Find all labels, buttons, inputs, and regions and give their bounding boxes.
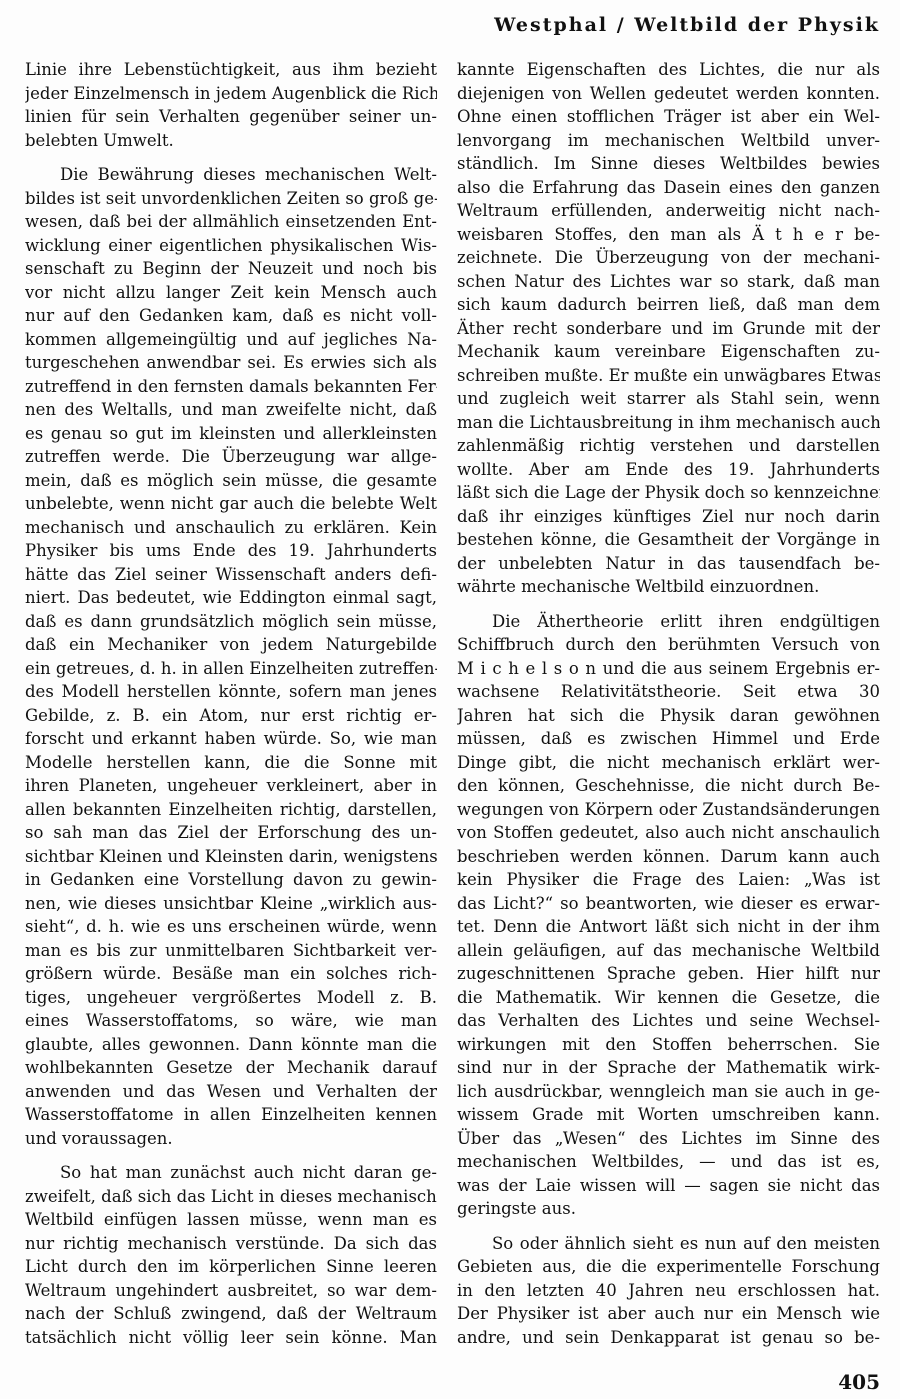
text-line: beschrieben werden können. Darum kann au… (457, 845, 880, 869)
text-line: von Stoffen gedeutet, also auch nicht an… (457, 821, 880, 845)
paragraph-gap (25, 1150, 437, 1161)
text-line: mechanisch und anschaulich zu erklären. … (25, 516, 437, 540)
text-line: das Licht?“ so beantworten, wie dieser e… (457, 892, 880, 916)
text-line: Jahren hat sich die Physik daran gewöhne… (457, 704, 880, 728)
text-line: mein, daß es möglich sein müsse, die ges… (25, 469, 437, 493)
text-line: linien für sein Verhalten gegenüber sein… (25, 105, 437, 129)
text-line: lenvorgang im mechanischen Weltbild unve… (457, 129, 880, 153)
text-line: in Gedanken eine Vorstellung davon zu ge… (25, 868, 437, 892)
text-line: senschaft zu Beginn der Neuzeit und noch… (25, 257, 437, 281)
text-line: Mechanik kaum vereinbare Eigenschaften z… (457, 340, 880, 364)
text-line: größern würde. Besäße man ein solches ri… (25, 962, 437, 986)
text-line: unbelebte, wenn nicht gar auch die beleb… (25, 492, 437, 516)
text-line: nen des Weltalls, und man zweifelte nich… (25, 398, 437, 422)
text-line: hätte das Ziel seiner Wissenschaft ander… (25, 563, 437, 587)
text-line: andre, und sein Denkapparat ist genau so… (457, 1326, 880, 1350)
text-line: tiges, ungeheuer vergrößertes Modell z. … (25, 986, 437, 1010)
text-line: wicklung einer eigentlichen physikalisch… (25, 234, 437, 258)
text-line: niert. Das bedeutet, wie Eddington einma… (25, 586, 437, 610)
text-line: nach der Schluß zwingend, daß der Weltra… (25, 1302, 437, 1326)
text-line: Weltraum ungehindert ausbreitet, so war … (25, 1279, 437, 1303)
document-page: Westphal / Weltbild der Physik Linie ihr… (0, 0, 900, 1399)
text-line: Licht durch den im körperlichen Sinne le… (25, 1255, 437, 1279)
text-line: Weltraum erfüllenden, anderweitig nicht … (457, 199, 880, 223)
text-line: Modelle herstellen kann, die die Sonne m… (25, 751, 437, 775)
text-line: der unbelebten Natur in das tausendfach … (457, 552, 880, 576)
text-line: wegungen von Körpern oder Zustandsänderu… (457, 798, 880, 822)
text-line: nur auf den Gedanken kam, daß es nicht v… (25, 304, 437, 328)
text-line: also die Erfahrung das Dasein eines den … (457, 176, 880, 200)
text-line: forscht und erkannt haben würde. So, wie… (25, 727, 437, 751)
text-line: und zugleich weit starrer als Stahl sein… (457, 387, 880, 411)
text-line: läßt sich die Lage der Physik doch so ke… (457, 481, 880, 505)
text-line: diejenigen von Wellen gedeutet werden ko… (457, 82, 880, 106)
text-line: zugeschnittenen Sprache geben. Hier hilf… (457, 962, 880, 986)
text-line: weisbaren Stoffes, den man als Ä t h e r… (457, 223, 880, 247)
text-line: Ohne einen stofflichen Träger ist aber e… (457, 105, 880, 129)
text-line: wirkungen mit den Stoffen beherrschen. S… (457, 1033, 880, 1057)
right-column: kannte Eigenschaften des Lichtes, die nu… (457, 58, 880, 1349)
text-line: ständlich. Im Sinne dieses Weltbildes be… (457, 152, 880, 176)
text-line: sieht“, d. h. wie es uns erscheinen würd… (25, 915, 437, 939)
text-line: Schiffbruch durch den berühmten Versuch … (457, 633, 880, 657)
text-line: müssen, daß es zwischen Himmel und Erde (457, 727, 880, 751)
text-line: allein geläufigen, auf das mechanische W… (457, 939, 880, 963)
text-line: wollte. Aber am Ende des 19. Jahrhundert… (457, 458, 880, 482)
text-line: man es bis zur unmittelbaren Sichtbarkei… (25, 939, 437, 963)
page-number: 405 (838, 1370, 880, 1394)
text-line: Wasserstoffatome in allen Einzelheiten k… (25, 1103, 437, 1127)
text-line: schreiben mußte. Er mußte ein unwägbares… (457, 364, 880, 388)
text-line: allen bekannten Einzelheiten richtig, da… (25, 798, 437, 822)
text-line: was der Laie wissen will — sagen sie nic… (457, 1174, 880, 1198)
text-line: Gebieten aus, die die experimentelle For… (457, 1255, 880, 1279)
text-line: Über das „Wesen“ des Lichtes im Sinne de… (457, 1127, 880, 1151)
text-line: anwenden und das Wesen und Verhalten der (25, 1080, 437, 1104)
text-line: wissem Grade mit Worten umschreiben kann… (457, 1103, 880, 1127)
text-line: währte mechanische Weltbild einzuordnen. (457, 575, 880, 599)
text-line: glaubte, alles gewonnen. Dann könnte man… (25, 1033, 437, 1057)
text-line: So oder ähnlich sieht es nun auf den mei… (457, 1232, 880, 1256)
text-line: vor nicht allzu langer Zeit kein Mensch … (25, 281, 437, 305)
text-line: jeder Einzelmensch in jedem Augenblick d… (25, 82, 437, 106)
text-line: wesen, daß bei der allmählich einsetzend… (25, 210, 437, 234)
text-line: und voraussagen. (25, 1127, 437, 1151)
text-line: mechanischen Weltbildes, — und das ist e… (457, 1150, 880, 1174)
text-line: wohlbekannten Gesetze der Mechanik darau… (25, 1056, 437, 1080)
text-line: des Modell herstellen könnte, sofern man… (25, 680, 437, 704)
text-line: so sah man das Ziel der Erforschung des … (25, 821, 437, 845)
text-line: in den letzten 40 Jahren neu erschlossen… (457, 1279, 880, 1303)
text-line: ein getreues, d. h. in allen Einzelheite… (25, 657, 437, 681)
text-line: Die Bewährung dieses mechanischen Welt- (25, 163, 437, 187)
running-header: Westphal / Weltbild der Physik (494, 14, 880, 36)
text-line: So hat man zunächst auch nicht daran ge- (25, 1161, 437, 1185)
text-line: eines Wasserstoffatoms, so wäre, wie man (25, 1009, 437, 1033)
text-line: lich ausdrückbar, wenngleich man sie auc… (457, 1080, 880, 1104)
text-line: kommen allgemeingültig und auf jegliches… (25, 328, 437, 352)
text-line: tatsächlich nicht völlig leer sein könne… (25, 1326, 437, 1350)
left-column: Linie ihre Lebenstüchtigkeit, aus ihm be… (25, 58, 437, 1349)
text-line: daß es dann grundsätzlich möglich sein m… (25, 610, 437, 634)
text-line: Der Physiker ist aber auch nur ein Mensc… (457, 1302, 880, 1326)
text-line: die Mathematik. Wir kennen die Gesetze, … (457, 986, 880, 1010)
text-line: Die Äthertheorie erlitt ihren endgültige… (457, 610, 880, 634)
text-line: zutreffend in den fernsten damals bekann… (25, 375, 437, 399)
text-line: Linie ihre Lebenstüchtigkeit, aus ihm be… (25, 58, 437, 82)
text-line: schen Natur des Lichtes war so stark, da… (457, 270, 880, 294)
text-line: daß ihr einziges künftiges Ziel nur noch… (457, 505, 880, 529)
paragraph-gap (457, 1221, 880, 1232)
text-line: Weltbild einfügen lassen müsse, wenn man… (25, 1208, 437, 1232)
text-line: daß ein Mechaniker von jedem Naturgebild… (25, 633, 437, 657)
text-line: nen, wie dieses unsichtbar Kleine „wirkl… (25, 892, 437, 916)
text-line: belebten Umwelt. (25, 129, 437, 153)
text-line: kannte Eigenschaften des Lichtes, die nu… (457, 58, 880, 82)
text-line: Physiker bis ums Ende des 19. Jahrhunder… (25, 539, 437, 563)
text-line: sind nur in der Sprache der Mathematik w… (457, 1056, 880, 1080)
text-line: bestehen könne, die Gesamtheit der Vorgä… (457, 528, 880, 552)
text-line: zeichnete. Die Überzeugung von der mecha… (457, 246, 880, 270)
text-line: nur richtig mechanisch verstünde. Da sic… (25, 1232, 437, 1256)
text-line: sich kaum dadurch beirren ließ, daß man … (457, 293, 880, 317)
text-line: bildes ist seit unvordenklichen Zeiten s… (25, 187, 437, 211)
text-line: es genau so gut im kleinsten und allerkl… (25, 422, 437, 446)
text-line: wachsene Relativitätstheorie. Seit etwa … (457, 680, 880, 704)
text-line: das Verhalten des Lichtes und seine Wech… (457, 1009, 880, 1033)
text-line: Gebilde, z. B. ein Atom, nur erst richti… (25, 704, 437, 728)
text-line: kein Physiker die Frage des Laien: „Was … (457, 868, 880, 892)
text-line: zutreffen werde. Die Überzeugung war all… (25, 445, 437, 469)
text-line: ihren Planeten, ungeheuer verkleinert, a… (25, 774, 437, 798)
text-line: zahlenmäßig richtig verstehen und darste… (457, 434, 880, 458)
paragraph-gap (457, 599, 880, 610)
text-line: sichtbar Kleinen und Kleinsten darin, we… (25, 845, 437, 869)
text-line: man die Lichtausbreitung in ihm mechanis… (457, 411, 880, 435)
text-line: geringste aus. (457, 1197, 880, 1221)
text-line: zweifelt, daß sich das Licht in dieses m… (25, 1185, 437, 1209)
text-line: Äther recht sonderbare und im Grunde mit… (457, 317, 880, 341)
text-line: M i c h e l s o n und die aus seinem Erg… (457, 657, 880, 681)
text-line: turgeschehen anwendbar sei. Es erwies si… (25, 351, 437, 375)
text-line: tet. Denn die Antwort läßt sich nicht in… (457, 915, 880, 939)
text-line: Dinge gibt, die nicht mechanisch erklärt… (457, 751, 880, 775)
text-line: den können, Geschehnisse, die nicht durc… (457, 774, 880, 798)
paragraph-gap (25, 152, 437, 163)
